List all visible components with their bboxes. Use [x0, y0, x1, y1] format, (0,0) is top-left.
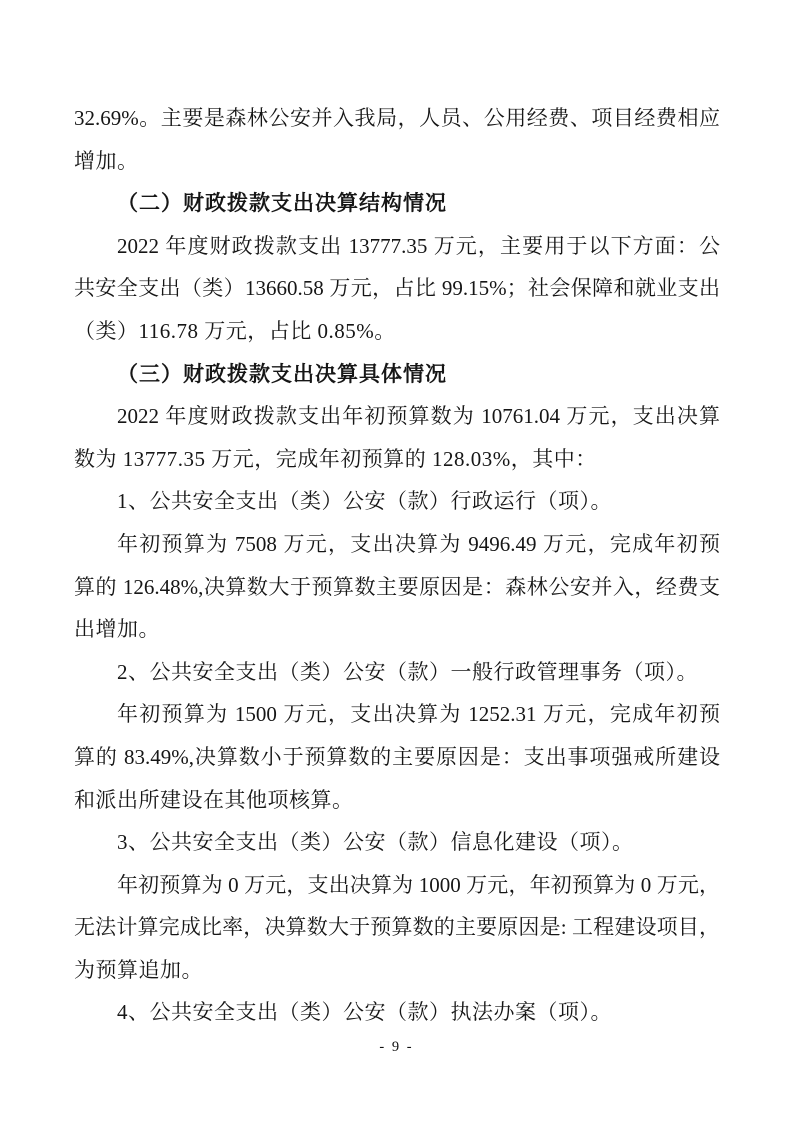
- text-line: 年初预算为 0 万元，支出决算为 1000 万元，年初预算为 0 万元，: [74, 864, 720, 907]
- document-page: 32.69%。主要是森林公安并入我局，人员、公用经费、项目经费相应增加。（二）财…: [0, 0, 793, 1122]
- text-line: （类）116.78 万元，占比 0.85%。: [74, 310, 720, 353]
- section-heading: （二）财政拨款支出决算结构情况: [74, 182, 720, 225]
- text-line: 算的 83.49%,决算数小于预算数的主要原因是：支出事项强戒所建设: [74, 736, 720, 779]
- text-line: 共安全支出（类）13660.58 万元，占比 99.15%；社会保障和就业支出: [74, 267, 720, 310]
- text-line: 32.69%。主要是森林公安并入我局，人员、公用经费、项目经费相应: [74, 97, 720, 140]
- page-number: - 9 -: [0, 1036, 793, 1058]
- text-line: 增加。: [74, 140, 720, 183]
- document-body: 32.69%。主要是森林公安并入我局，人员、公用经费、项目经费相应增加。（二）财…: [74, 97, 720, 1034]
- text-line: 数为 13777.35 万元，完成年初预算的 128.03%，其中：: [74, 438, 720, 481]
- text-line: 年初预算为 7508 万元，支出决算为 9496.49 万元，完成年初预: [74, 523, 720, 566]
- text-line: 和派出所建设在其他项核算。: [74, 779, 720, 822]
- text-line: 1、公共安全支出（类）公安（款）行政运行（项）。: [74, 480, 720, 523]
- text-line: 为预算追加。: [74, 949, 720, 992]
- text-line: 2022 年度财政拨款支出年初预算数为 10761.04 万元，支出决算: [74, 395, 720, 438]
- text-line: 算的 126.48%,决算数大于预算数主要原因是：森林公安并入，经费支: [74, 566, 720, 609]
- text-line: 无法计算完成比率，决算数大于预算数的主要原因是: 工程建设项目，: [74, 906, 720, 949]
- text-line: 2022 年度财政拨款支出 13777.35 万元，主要用于以下方面：公: [74, 225, 720, 268]
- text-line: 2、公共安全支出（类）公安（款）一般行政管理事务（项）。: [74, 651, 720, 694]
- text-line: 3、公共安全支出（类）公安（款）信息化建设（项）。: [74, 821, 720, 864]
- text-line: 年初预算为 1500 万元，支出决算为 1252.31 万元，完成年初预: [74, 693, 720, 736]
- text-line: 出增加。: [74, 608, 720, 651]
- section-heading: （三）财政拨款支出决算具体情况: [74, 353, 720, 396]
- text-line: 4、公共安全支出（类）公安（款）执法办案（项）。: [74, 991, 720, 1034]
